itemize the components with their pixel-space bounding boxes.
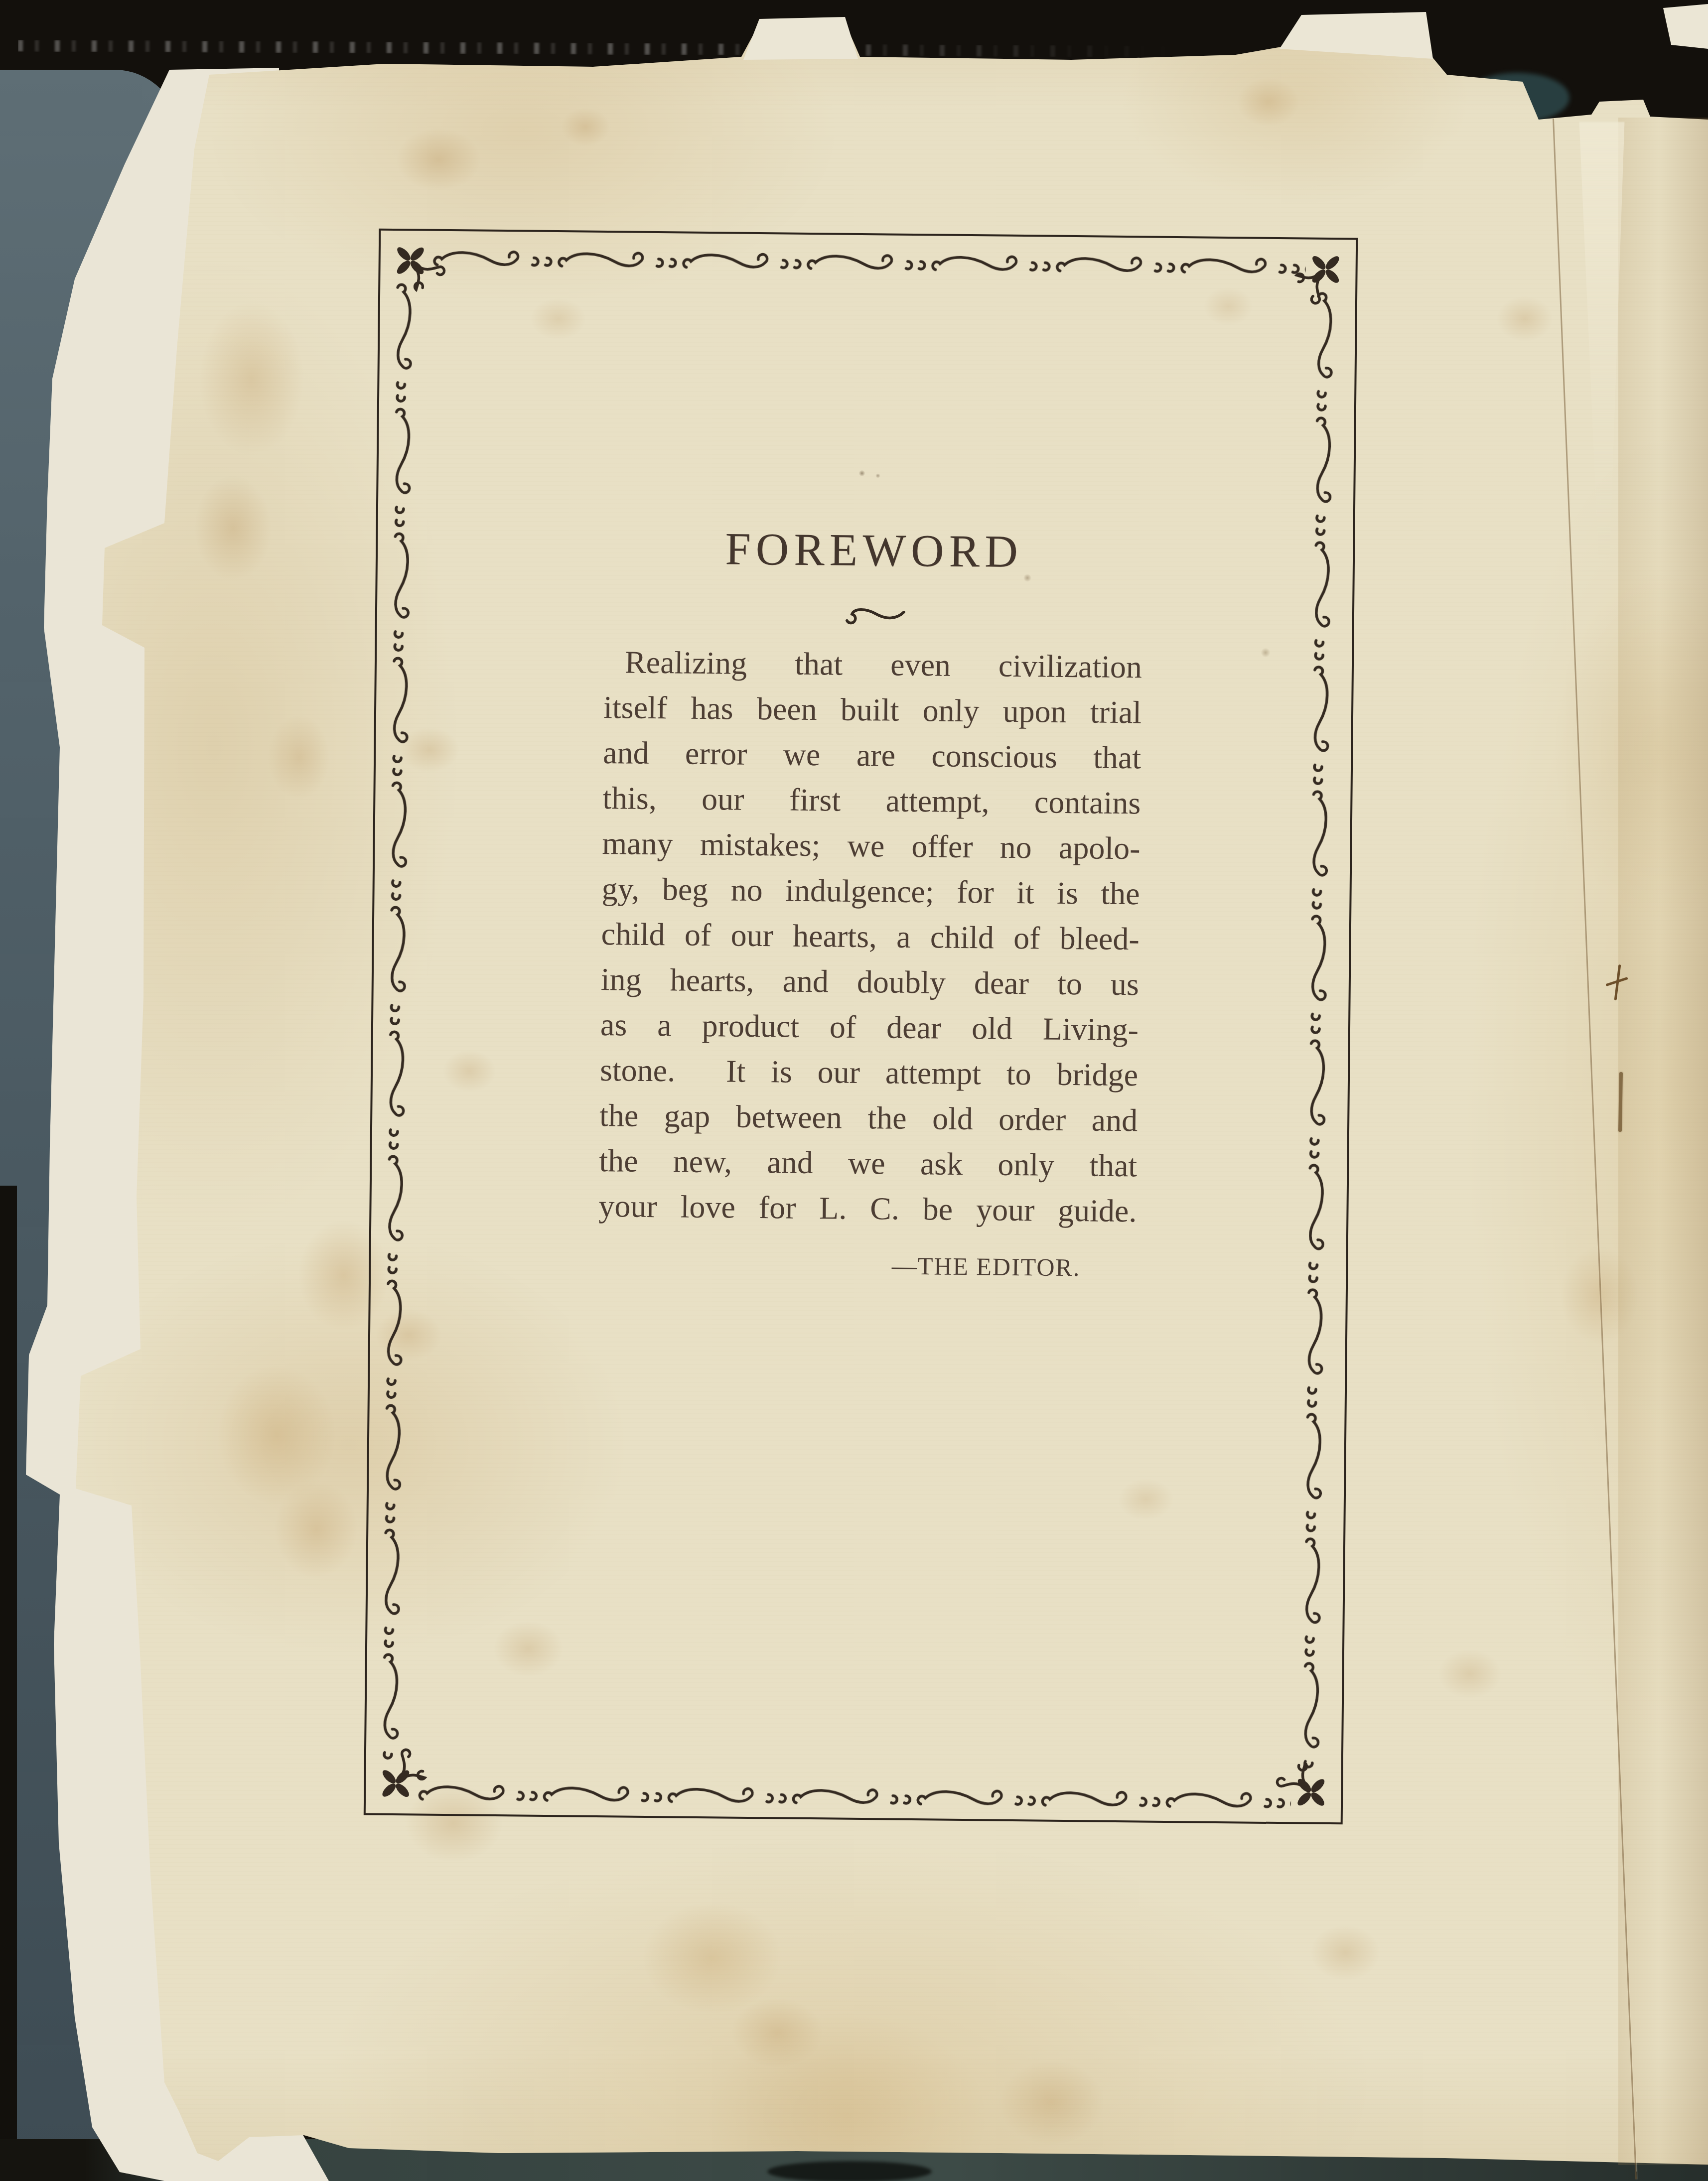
body-line: the gap between the old order and — [599, 1092, 1138, 1143]
body-line: your love for L. C. be your guide. — [598, 1183, 1137, 1233]
gutter-shading — [1618, 118, 1708, 2165]
body-line: child of our hearts, a child of bleed- — [601, 911, 1139, 961]
editor-signature: —THE EDITOR. — [598, 1248, 1137, 1283]
body-line: the new, and we ask only that — [599, 1138, 1138, 1188]
divider-flourish-icon — [604, 600, 1142, 634]
spine-highlight — [18, 40, 1224, 58]
body-line: as a product of dear old Living- — [600, 1002, 1139, 1052]
foreword-text: Realizing that even civilization itself … — [598, 639, 1142, 1233]
page-title: FOREWORD — [605, 521, 1143, 579]
cover-dark-blotch — [767, 2161, 932, 2181]
body-line: Realizing that even civilization — [604, 639, 1142, 689]
body-line: gy, beg no indulgence; for it is the — [601, 866, 1140, 916]
body-line: and error we are conscious that — [603, 730, 1141, 780]
body-line: itself has been built only upon trial — [603, 684, 1142, 735]
body-line: many mistakes; we offer no apolo- — [602, 820, 1140, 871]
cover-shadow-edge — [0, 1186, 17, 2147]
body-line: ing hearts, and doubly dear to us — [600, 956, 1139, 1007]
decorative-frame: FOREWORD Realizing that even civilizatio… — [364, 229, 1358, 1825]
book-page-scan: FOREWORD Realizing that even civilizatio… — [0, 0, 1708, 2181]
body-line: stone. It is our attempt to bridge — [600, 1047, 1139, 1097]
body-line: this, our first attempt, contains — [602, 775, 1141, 825]
